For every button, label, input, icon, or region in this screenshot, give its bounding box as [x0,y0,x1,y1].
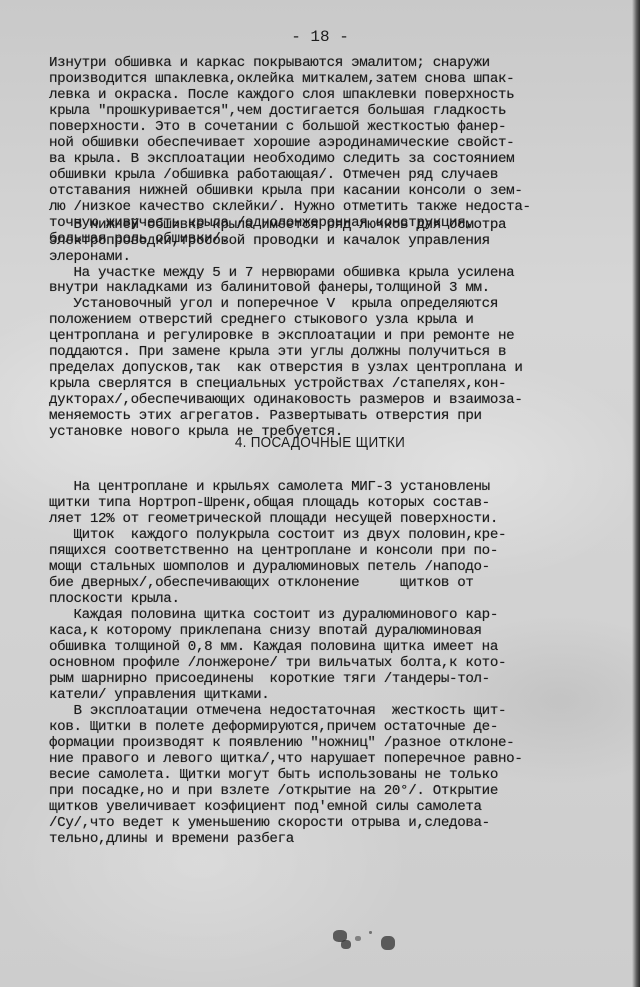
text-line: На участке между 5 и 7 нервюрами обшивка… [49,265,514,281]
text-line: дукторах/,обеспечивающих одинаковость ра… [49,392,523,408]
text-line: тельно,длины и времени разбега [49,831,294,847]
text-line: элеронами. [49,249,131,265]
text-line: центроплана и регулировке в эксплоатации… [49,328,514,344]
text-line: каса,к которому приклепана снизу впотай … [49,623,482,639]
text-line: щитки типа Нортроп-Шренк,общая площадь к… [49,495,490,511]
text-line: формации производят к появлению "ножниц"… [49,735,514,751]
text-line: обшивки крыла /обшивка работающая/. Отме… [49,167,498,183]
text-line: меняемость этих агрегатов. Развертывать … [49,408,482,424]
text-line: ва крыла. В эксплоатации необходимо след… [49,151,514,167]
text-line: крыла "прошкуривается",чем достигается б… [49,103,506,119]
scanned-page: - 18 - Изнутри обшивка и каркас покрываю… [0,0,640,987]
text-line: бие дверных/,обеспечивающих отклонение щ… [49,575,474,591]
page-number: - 18 - [0,28,640,46]
text-line: лю /низкое качество склейки/. Нужно отме… [49,199,531,215]
text-line: весие самолета. Щитки могут быть использ… [49,767,498,783]
text-line: пределах допусков,так как отверстия в уз… [49,360,523,376]
text-line: основном профиле /лонжероне/ три вильчат… [49,655,506,671]
text-line: электропроводки,тросовой проводки и кача… [49,233,490,249]
text-line: катели/ управления щитками. [49,687,269,703]
text-line: В эксплоатации отмечена недостаточная же… [49,703,506,719]
text-line: при посадке,но и при взлете /открытие на… [49,783,498,799]
text-line: В нижней обшивке крыла имеется ряд лючко… [49,217,506,233]
text-line: щитков увеличивает коэфициент под'емной … [49,799,482,815]
text-line: ной обшивки обеспечивает хорошие аэродин… [49,135,514,151]
text-line: левка и окраска. После каждого слоя шпак… [49,87,514,103]
text-line: поверхности. Это в сочетании с большой ж… [49,119,506,135]
text-line: На центроплане и крыльях самолета МИГ-3 … [49,479,490,495]
text-line: рым шарнирно присоединены короткие тяги … [49,671,490,687]
text-line: ляет 12% от геометрической площади несущ… [49,511,498,527]
text-line: ние правого и левого щитка/,что нарушает… [49,751,523,767]
text-line: обшивка толщиной 0,8 мм. Каждая половина… [49,639,498,655]
text-line: производится шпаклевка,оклейка миткалем,… [49,71,514,87]
text-line: поддаются. При замене крыла эти углы дол… [49,344,506,360]
text-line: положением отверстий среднего стыкового … [49,312,474,328]
text-line: ков. Щитки в полете деформируются,причем… [49,719,498,735]
text-line: /Cy/,что ведет к уменьшению скорости отр… [49,815,490,831]
text-line: Изнутри обшивка и каркас покрываются эма… [49,55,490,71]
text-line: Установочный угол и поперечное V крыла о… [49,296,498,312]
section-heading: 4. ПОСАДОЧНЫЕ ЩИТКИ [32,434,608,451]
scan-edge-shadow [632,0,640,987]
text-line: мощи стальных шомполов и дуралюминовых п… [49,559,490,575]
text-line: отставания нижней обшивки крыла при каса… [49,183,523,199]
text-line: крыла сверлятся в специальных устройства… [49,376,506,392]
text-line: Щиток каждого полукрыла состоит из двух … [49,527,506,543]
text-line: внутри накладками из балинитовой фанеры,… [49,280,490,296]
ink-smudge [333,928,403,950]
text-line: Каждая половина щитка состоит из дуралюм… [49,607,498,623]
text-line: плоскости крыла. [49,591,180,607]
text-line: пящихся соответственно на центроплане и … [49,543,498,559]
